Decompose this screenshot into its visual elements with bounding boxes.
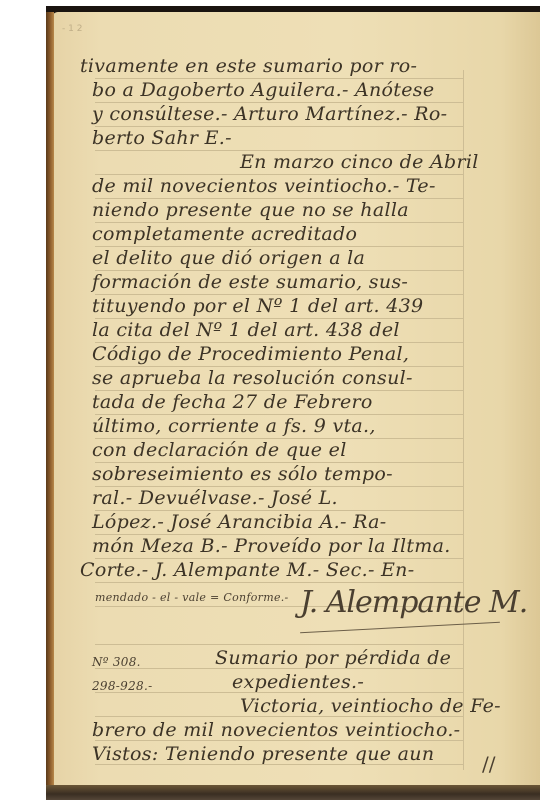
text-line: bo a Dagoberto Aguilera.- Anótese (92, 79, 434, 101)
text-line: niendo presente que no se halla (92, 199, 409, 221)
entry-title: Sumario por pérdida de (215, 647, 451, 669)
text-line: Vistos: Teniendo presente que aun (92, 743, 434, 765)
case-reference: 298-928.- (92, 679, 152, 693)
text-line: completamente acreditado (92, 223, 357, 245)
text-line: brero de mil novecientos veintiocho.- (92, 719, 460, 741)
text-line: López.- José Arancibia A.- Ra- (92, 511, 386, 533)
text-line: el delito que dió origen a la (92, 247, 365, 269)
margin-rule (463, 70, 464, 770)
page-edge (46, 12, 54, 790)
text-line: último, corriente a fs. 9 vta., (92, 415, 376, 437)
entry-title: expedientes.- (232, 671, 364, 693)
text-line: la cita del Nº 1 del art. 438 del (92, 319, 400, 341)
text-line: Código de Procedimiento Penal, (92, 343, 409, 365)
text-line: tada de fecha 27 de Febrero (92, 391, 373, 413)
text-line: En marzo cinco de Abril (240, 151, 479, 173)
ruled-line (95, 644, 463, 645)
signature: J. Alempante M. (300, 585, 527, 620)
text-line: formación de este sumario, sus- (92, 271, 408, 293)
text-line: tivamente en este sumario por ro- (80, 55, 417, 77)
text-line: ral.- Devuélvase.- José L. (92, 487, 338, 509)
entry-number: Nº 308. (92, 655, 141, 669)
text-line: món Meza B.- Proveído por la Iltma. (92, 535, 451, 557)
text-line: con declaración de que el (92, 439, 347, 461)
continuation-mark: // (482, 752, 495, 776)
text-line: sobreseimiento es sólo tempo- (92, 463, 393, 485)
text-line: de mil novecientos veintiocho.- Te- (92, 175, 436, 197)
text-line: Victoria, veintiocho de Fe- (240, 695, 501, 717)
text-line: se aprueba la resolución consul- (92, 367, 413, 389)
text-line: berto Sahr E.- (92, 127, 232, 149)
margin-mark: - 1 2 (62, 24, 82, 34)
book-bottom-edge (46, 785, 540, 800)
text-line: Corte.- J. Alempante M.- Sec.- En- (80, 559, 414, 581)
ruled-line (95, 582, 463, 583)
text-line: y consúltese.- Arturo Martínez.- Ro- (92, 103, 447, 125)
text-line: tituyendo por el Nº 1 del art. 439 (92, 295, 423, 317)
annotation: mendado - el - vale = Conforme.- (95, 591, 289, 604)
